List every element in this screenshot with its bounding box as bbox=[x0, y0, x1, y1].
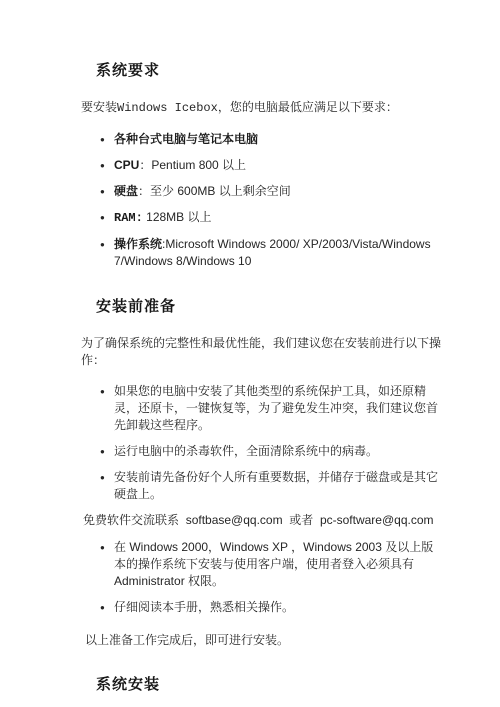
preparation-text: 运行电脑中的杀毒软件，全面清除系统中的病毒。 bbox=[114, 443, 444, 460]
bullet-icon: ● bbox=[100, 183, 114, 200]
requirement-item-computers: ● 各种台式电脑与笔记本电脑 bbox=[100, 131, 444, 148]
bullet-icon: ● bbox=[100, 469, 114, 486]
contact-line: 免费软件交流联系 softbase@qq.com 或者 pc-software@… bbox=[83, 512, 444, 529]
bullet-icon: ● bbox=[100, 539, 114, 556]
preparation-item-read-manual: ● 仔细阅读本手册，熟悉相关操作。 bbox=[100, 599, 444, 616]
contact-conjunction: 或者 bbox=[289, 513, 313, 527]
contact-prefix: 免费软件交流联系 bbox=[83, 513, 179, 527]
contact-email-secondary: pc-software@qq.com bbox=[320, 513, 434, 527]
intro-text-suffix: ，您的电脑最低应满足以下要求： bbox=[218, 100, 398, 114]
bullet-icon: ● bbox=[100, 236, 114, 253]
section-system-requirements: 系统要求 要安装Windows Icebox，您的电脑最低应满足以下要求： ● … bbox=[79, 62, 444, 270]
preparation-item-antivirus: ● 运行电脑中的杀毒软件，全面清除系统中的病毒。 bbox=[100, 443, 444, 460]
requirement-value: ：Pentium 800 以上 bbox=[139, 158, 246, 172]
requirement-term: RAM: bbox=[114, 211, 143, 225]
preparation-text: 如果您的电脑中安装了其他类型的系统保护工具，如还原精灵，还原卡，一键恢复等，为了… bbox=[114, 383, 444, 434]
preparation-item-uninstall-tools: ● 如果您的电脑中安装了其他类型的系统保护工具，如还原精灵，还原卡，一键恢复等，… bbox=[100, 383, 444, 434]
heading-system-requirements: 系统要求 bbox=[96, 62, 444, 80]
section-pre-install-preparation: 安装前准备 为了确保系统的完整性和最优性能，我们建议您在安装前进行以下操作： ●… bbox=[79, 298, 444, 649]
preparation-text: 仔细阅读本手册，熟悉相关操作。 bbox=[114, 599, 444, 616]
pre-install-intro: 为了确保系统的完整性和最优性能，我们建议您在安装前进行以下操作： bbox=[81, 335, 444, 369]
requirement-item-cpu: ● CPU：Pentium 800 以上 bbox=[100, 157, 444, 174]
preparation-text: 在 Windows 2000，Windows XP ，Windows 2003 … bbox=[114, 539, 444, 590]
bullet-icon: ● bbox=[100, 383, 114, 400]
requirement-term: CPU bbox=[114, 158, 139, 172]
requirement-term: 操作系统 bbox=[114, 237, 162, 251]
bullet-icon: ● bbox=[100, 157, 114, 174]
heading-pre-install-preparation: 安装前准备 bbox=[96, 298, 444, 316]
bullet-icon: ● bbox=[100, 131, 114, 148]
preparation-text: 安装前请先备份好个人所有重要数据，并储存于磁盘或是其它硬盘上。 bbox=[114, 469, 444, 503]
intro-text-prefix: 要安装 bbox=[81, 100, 117, 114]
preparation-list: ● 如果您的电脑中安装了其他类型的系统保护工具，如还原精灵，还原卡，一键恢复等，… bbox=[100, 383, 444, 503]
requirements-list: ● 各种台式电脑与笔记本电脑 ● CPU：Pentium 800 以上 ● 硬盘… bbox=[100, 131, 444, 270]
heading-system-install: 系统安装 bbox=[96, 676, 444, 694]
requirement-value: ：至少 600MB 以上剩余空间 bbox=[138, 184, 291, 198]
preparation-item-administrator: ● 在 Windows 2000，Windows XP ，Windows 200… bbox=[100, 539, 444, 590]
document-page: 系统要求 要安装Windows Icebox，您的电脑最低应满足以下要求： ● … bbox=[0, 0, 500, 707]
system-requirements-intro: 要安装Windows Icebox，您的电脑最低应满足以下要求： bbox=[81, 99, 444, 117]
bullet-icon: ● bbox=[100, 443, 114, 460]
requirement-item-ram: ● RAM: 128MB 以上 bbox=[100, 209, 444, 227]
requirement-item-os: ● 操作系统:Microsoft Windows 2000/ XP/2003/V… bbox=[100, 236, 444, 270]
section-system-install: 系统安装 bbox=[79, 676, 444, 694]
requirement-item-disk: ● 硬盘：至少 600MB 以上剩余空间 bbox=[100, 183, 444, 200]
contact-email-primary: softbase@qq.com bbox=[186, 513, 283, 527]
product-name: Windows Icebox bbox=[117, 101, 218, 115]
requirement-value: 128MB 以上 bbox=[143, 210, 212, 224]
requirement-term: 各种台式电脑与笔记本电脑 bbox=[114, 132, 258, 146]
preparation-closing: 以上准备工作完成后，即可进行安装。 bbox=[85, 632, 444, 649]
preparation-item-backup: ● 安装前请先备份好个人所有重要数据，并储存于磁盘或是其它硬盘上。 bbox=[100, 469, 444, 503]
preparation-list-continued: ● 在 Windows 2000，Windows XP ，Windows 200… bbox=[100, 539, 444, 616]
bullet-icon: ● bbox=[100, 599, 114, 616]
requirement-term: 硬盘 bbox=[114, 184, 138, 198]
bullet-icon: ● bbox=[100, 209, 114, 226]
requirement-value: :Microsoft Windows 2000/ XP/2003/Vista/W… bbox=[114, 237, 431, 268]
